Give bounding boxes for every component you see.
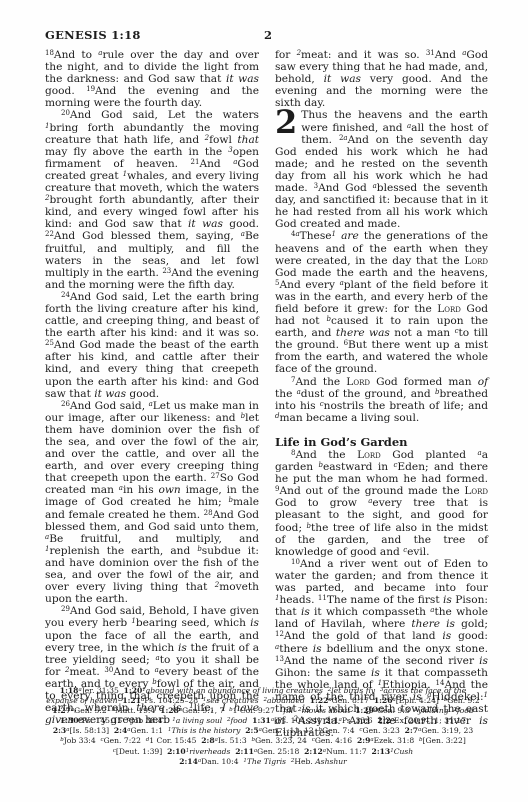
left-column: 18And to arule over the day and over the… bbox=[45, 49, 259, 726]
paragraph: for 2meat: and it was so. 31And aGod saw… bbox=[275, 49, 488, 109]
paragraph: 24And God said, Let the earth bring fort… bbox=[45, 291, 259, 400]
footnote-line: expanse of heaven 1:21aPs. 104:25–28 1se… bbox=[28, 696, 498, 706]
footnotes: 1:18aJer. 31:35 1:201abound with an abun… bbox=[28, 686, 498, 767]
paragraph: 18And to arule over the day and over the… bbox=[45, 49, 259, 109]
chapter-number: 2 bbox=[275, 110, 297, 134]
running-head: GENESIS 1:18 bbox=[45, 28, 141, 42]
page-number: 2 bbox=[264, 28, 272, 42]
footnote-line: 1:30aPs. 145:15 bJob 38:41 1a living sou… bbox=[28, 716, 498, 726]
paragraph: 2Thus the heavens and the earth were fin… bbox=[275, 109, 488, 230]
paragraph: 4aThese1 are the generations of the heav… bbox=[275, 230, 488, 375]
paragraph: 20And God said, Let the waters 1bring fo… bbox=[45, 109, 259, 290]
paragraph: 26And God said, aLet us make man in our … bbox=[45, 400, 259, 606]
footnote-line: 2:3a[Is. 58:13] 2:4aGen. 1:1 1This is th… bbox=[28, 726, 498, 736]
footnote-line: 1:18aJer. 31:35 1:201abound with an abun… bbox=[28, 686, 498, 696]
footnote-line: c[Deut. 1:39] 2:101riverheads 2:11aGen. … bbox=[28, 747, 498, 757]
right-column: for 2meat: and it was so. 31And aGod saw… bbox=[275, 49, 488, 739]
footnote-line: 1:27aGen. 5:2 bMatt. 19:4 1:28aGen. 9:1,… bbox=[28, 706, 498, 716]
section-heading: Life in God’s Garden bbox=[275, 436, 488, 448]
paragraph: 7And the Lord God formed man of the adus… bbox=[275, 376, 488, 424]
bible-page: GENESIS 1:18 2 18And to arule over the d… bbox=[0, 0, 528, 802]
paragraph: 8And the Lord God planted aa garden beas… bbox=[275, 449, 488, 558]
footnote-line: bJob 33:4 cGen. 7:22 d1 Cor. 15:45 2:8aI… bbox=[28, 736, 498, 746]
footnote-line: 2:14aDan. 10:4 1The Tigris 2Heb. Ashshur bbox=[28, 757, 498, 767]
